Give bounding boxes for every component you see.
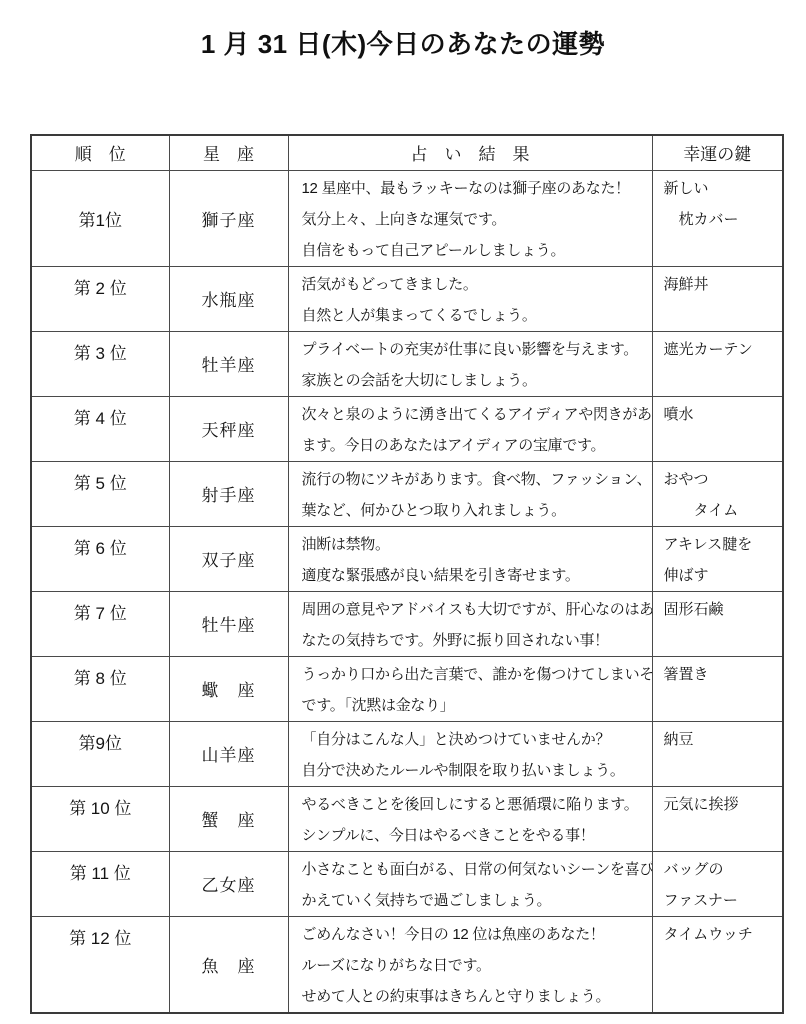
lucky-key-cell: バッグの ファスナー [652,851,783,916]
header-lucky-key: 幸運の鍵 [652,135,783,170]
table-row: 第1位獅子座12 星座中、最もラッキーなのは獅子座のあなた！ 気分上々、上向きな… [31,170,783,266]
sign-cell: 射手座 [169,461,288,526]
sign-cell: 蠍 座 [169,656,288,721]
sign-cell: 山羊座 [169,721,288,786]
table-row: 第 8 位蠍 座うっかり口から出た言葉で、誰かを傷つけてしまいそう です。「沈黙… [31,656,783,721]
table-header: 順 位 星 座 占 い 結 果 幸運の鍵 [31,135,783,170]
sign-cell: 天秤座 [169,396,288,461]
lucky-key-cell: 箸置き [652,656,783,721]
sign-cell: 双子座 [169,526,288,591]
result-cell: 周囲の意見やアドバイスも大切ですが、肝心なのはあ なたの気持ちです。外野に振り回… [288,591,652,656]
header-row: 順 位 星 座 占 い 結 果 幸運の鍵 [31,135,783,170]
result-cell: うっかり口から出た言葉で、誰かを傷つけてしまいそう です。「沈黙は金なり」 [288,656,652,721]
page-title: 1 月 31 日(木)今日のあなたの運勢 [0,24,806,61]
result-cell: 12 星座中、最もラッキーなのは獅子座のあなた！ 気分上々、上向きな運気です。 … [288,170,652,266]
lucky-key-cell: 遮光カーテン [652,331,783,396]
sign-cell: 水瓶座 [169,266,288,331]
result-cell: 次々と泉のように湧き出てくるアイディアや閃きがあり ます。今日のあなたはアイディ… [288,396,652,461]
header-result: 占 い 結 果 [288,135,652,170]
table-body: 第1位獅子座12 星座中、最もラッキーなのは獅子座のあなた！ 気分上々、上向きな… [31,170,783,1013]
rank-cell: 第 5 位 [31,461,169,526]
sign-cell: 獅子座 [169,170,288,266]
rank-cell: 第 10 位 [31,786,169,851]
table-row: 第 3 位牡羊座プライベートの充実が仕事に良い影響を与えます。 家族との会話を大… [31,331,783,396]
lucky-key-cell: 新しい 枕カバー [652,170,783,266]
rank-cell: 第 4 位 [31,396,169,461]
lucky-key-cell: 納豆 [652,721,783,786]
result-cell: 「自分はこんな人」と決めつけていませんか？ 自分で決めたルールや制限を取り払いま… [288,721,652,786]
rank-cell: 第9位 [31,721,169,786]
lucky-key-cell: 元気に挨拶 [652,786,783,851]
result-cell: 活気がもどってきました。 自然と人が集まってくるでしょう。 [288,266,652,331]
table-row: 第 5 位射手座流行の物にツキがあります。食べ物、ファッション、言 葉など、何か… [31,461,783,526]
rank-cell: 第 6 位 [31,526,169,591]
header-sign: 星 座 [169,135,288,170]
lucky-key-cell: 海鮮丼 [652,266,783,331]
sign-cell: 乙女座 [169,851,288,916]
sign-cell: 魚 座 [169,916,288,1013]
lucky-key-cell: アキレス腱を 伸ばす [652,526,783,591]
lucky-key-cell: タイムウッチ [652,916,783,1013]
fortune-table: 順 位 星 座 占 い 結 果 幸運の鍵 第1位獅子座12 星座中、最もラッキー… [30,134,784,1014]
lucky-key-cell: 固形石鹸 [652,591,783,656]
table-row: 第 10 位蟹 座やるべきことを後回しにすると悪循環に陥ります。 シンプルに、今… [31,786,783,851]
result-cell: 流行の物にツキがあります。食べ物、ファッション、言 葉など、何かひとつ取り入れま… [288,461,652,526]
lucky-key-cell: おやつ タイム [652,461,783,526]
rank-cell: 第1位 [31,170,169,266]
result-cell: 油断は禁物。 適度な緊張感が良い結果を引き寄せます。 [288,526,652,591]
rank-cell: 第 3 位 [31,331,169,396]
sign-cell: 牡牛座 [169,591,288,656]
lucky-key-cell: 噴水 [652,396,783,461]
rank-cell: 第 8 位 [31,656,169,721]
rank-cell: 第 12 位 [31,916,169,1013]
table-row: 第 12 位魚 座ごめんなさい！今日の 12 位は魚座のあなた！ ルーズになりが… [31,916,783,1013]
rank-cell: 第 11 位 [31,851,169,916]
rank-cell: 第 7 位 [31,591,169,656]
sign-cell: 蟹 座 [169,786,288,851]
table-row: 第 7 位牡牛座周囲の意見やアドバイスも大切ですが、肝心なのはあ なたの気持ちで… [31,591,783,656]
sign-cell: 牡羊座 [169,331,288,396]
result-cell: ごめんなさい！今日の 12 位は魚座のあなた！ ルーズになりがちな日です。 せめ… [288,916,652,1013]
result-cell: プライベートの充実が仕事に良い影響を与えます。 家族との会話を大切にしましょう。 [288,331,652,396]
table-row: 第9位山羊座「自分はこんな人」と決めつけていませんか？ 自分で決めたルールや制限… [31,721,783,786]
table-row: 第 4 位天秤座次々と泉のように湧き出てくるアイディアや閃きがあり ます。今日の… [31,396,783,461]
result-cell: やるべきことを後回しにすると悪循環に陥ります。 シンプルに、今日はやるべきことを… [288,786,652,851]
table-row: 第 2 位水瓶座活気がもどってきました。 自然と人が集まってくるでしょう。海鮮丼 [31,266,783,331]
table-row: 第 6 位双子座油断は禁物。 適度な緊張感が良い結果を引き寄せます。アキレス腱を… [31,526,783,591]
header-rank: 順 位 [31,135,169,170]
table-row: 第 11 位乙女座小さなことも面白がる、日常の何気ないシーンを喜びに かえていく… [31,851,783,916]
rank-cell: 第 2 位 [31,266,169,331]
result-cell: 小さなことも面白がる、日常の何気ないシーンを喜びに かえていく気持ちで過ごしまし… [288,851,652,916]
